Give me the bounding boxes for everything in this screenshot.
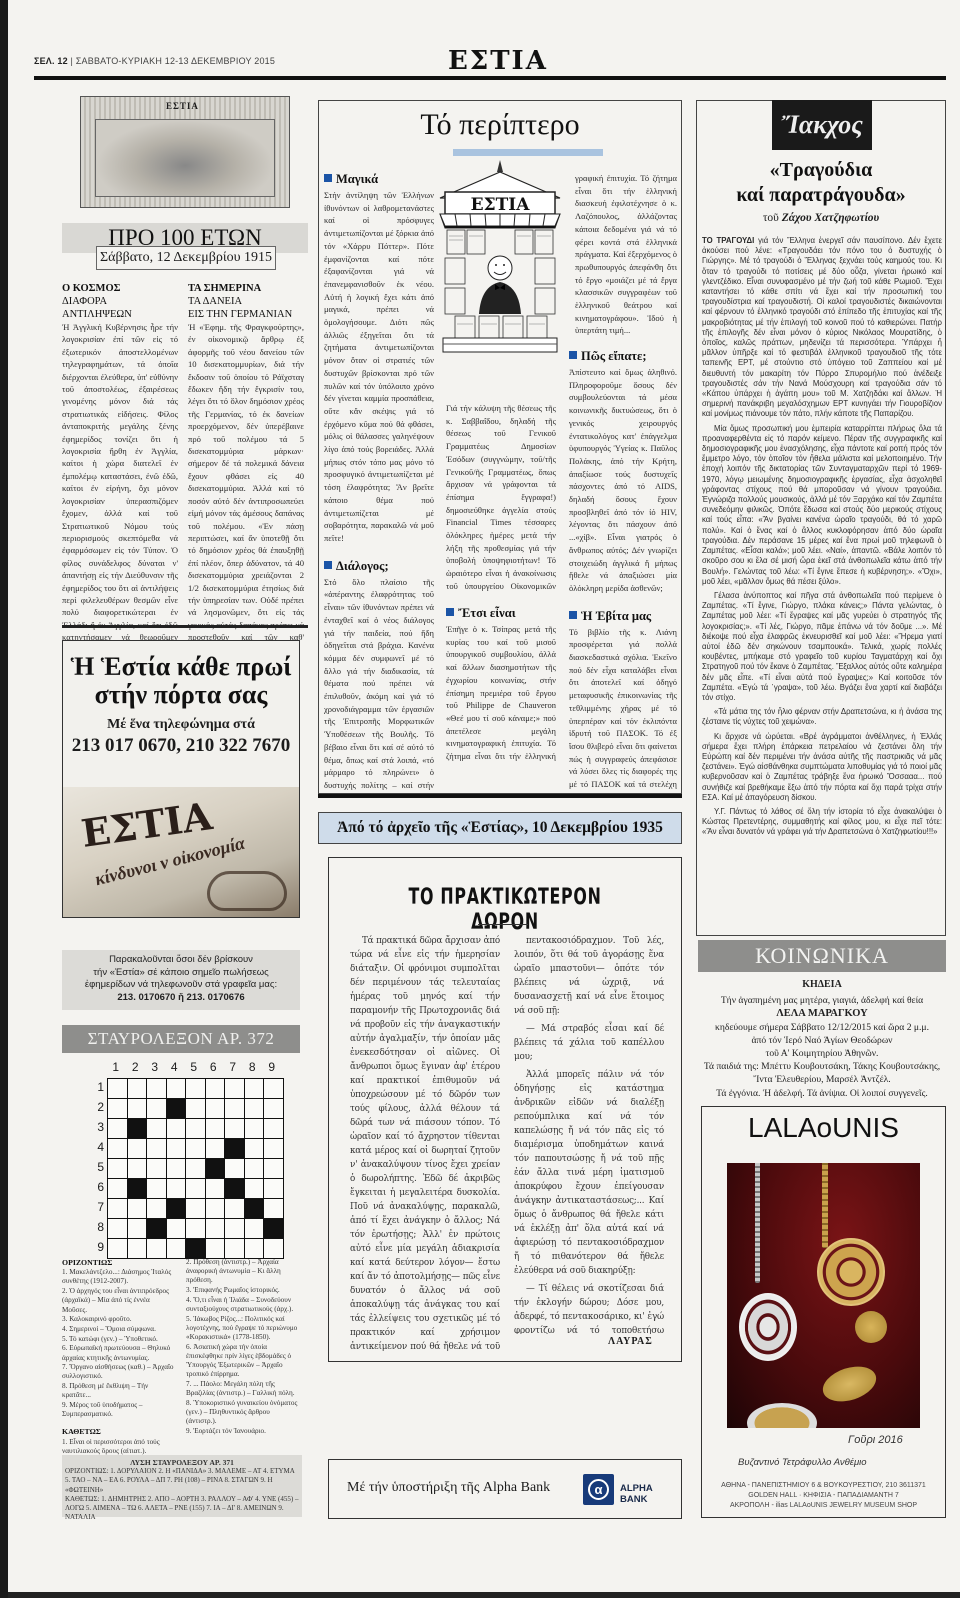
row-number: 9 bbox=[92, 1240, 104, 1254]
article-kicker: ΤΑ ΣΗΜΕΡΙΝΑ bbox=[188, 282, 304, 295]
crossword-cell[interactable] bbox=[206, 1239, 226, 1259]
jewelry-photo bbox=[727, 1163, 920, 1428]
archive-column-2: πεντακοσιόδραχμον. Τοῦ λές, λοιπόν, ὅτι … bbox=[514, 934, 664, 1334]
kiosk-illustration: ΕΣΤΙΑ bbox=[435, 158, 565, 358]
down-title: ΚΑΘΕΤΩΣ bbox=[62, 1427, 176, 1436]
archive-column-1: Τά πρακτικά δῶρα ἄρχισαν ἀπό τώρα νά εἶν… bbox=[350, 934, 500, 1354]
crossword-cell[interactable] bbox=[147, 1179, 167, 1199]
ad-headline: Ἡ Ἑστία κάθε πρωί στήν πόρτα σας bbox=[63, 653, 299, 709]
crossword-cell[interactable] bbox=[128, 1159, 148, 1179]
crossword-cell[interactable] bbox=[128, 1199, 148, 1219]
across-clue: 3. Καλοκαιρινό φροῦτο. bbox=[62, 1315, 176, 1324]
crossword-black-cell bbox=[225, 1139, 245, 1159]
crossword-cell[interactable] bbox=[167, 1119, 187, 1139]
across-clue: 9. Μέρος τοῦ ὑποδήματος – Συμπερασματικό… bbox=[62, 1401, 176, 1419]
engraving-label: ΕΣΤΙΑ bbox=[166, 101, 199, 111]
section-dialogos: Διάλογος; Στό ὅλο πλαίσιο τῆς «ἀπέραντης… bbox=[324, 559, 434, 790]
crossword-cell[interactable] bbox=[167, 1079, 187, 1099]
sponsor-text: Μέ τήν ὑποστήριξη τῆς Alpha Bank bbox=[347, 1480, 550, 1496]
crossword-cell[interactable] bbox=[108, 1119, 128, 1139]
address-line: ΑΚΡΟΠΟΛΗ - ilias LALAoUNIS JEWELRY MUSEU… bbox=[701, 1501, 946, 1511]
paragraph: Κι ἄρχισε νά ὠρύεται. «Βρέ ἀγράμματοι ἀν… bbox=[702, 732, 942, 803]
crossword-cell[interactable] bbox=[108, 1199, 128, 1219]
section-pos-eipate: Πῶς εἴπατε; Ἀπίστευτο καί ὅμως ἀληθινό. … bbox=[569, 349, 677, 595]
crossword-black-cell bbox=[245, 1199, 265, 1219]
crossword-cell[interactable] bbox=[245, 1219, 265, 1239]
crossword-cell[interactable] bbox=[186, 1219, 206, 1239]
across-clue: 8. Πρόθεση μέ ἔκθλιψη – Τήν κρατᾶτε... bbox=[62, 1382, 176, 1400]
crossword-cell[interactable] bbox=[245, 1239, 265, 1259]
clues-across: ΟΡΙΖΟΝΤΙΩΣ 1. Μακελάντζελο...: Διάσημος … bbox=[62, 1258, 176, 1457]
sponsor-brand: ALPHA BANK bbox=[620, 1483, 681, 1505]
article-headline: ΤΑ ΔΑΝΕΙΑ bbox=[188, 295, 304, 308]
archive-paragraph: Τά πρακτικά δῶρα ἄρχισαν ἀπό τώρα νά εἶν… bbox=[350, 934, 500, 1354]
section-body: Στό ὅλο πλαίσιο τῆς «ἀπέραντης ἐλαφρότητ… bbox=[324, 576, 434, 790]
across-clue: 4. Σημερινοί – Ὅμοια σύμφωνα. bbox=[62, 1325, 176, 1334]
crossword-cell[interactable] bbox=[186, 1099, 206, 1119]
notice-line: κηδεύουμε σήμερα Σάββατο 12/12/2015 καί … bbox=[698, 1021, 946, 1034]
notice-line: ἀπό τόν Ἱερό Ναό Ἁγίων Θεοδώρων bbox=[698, 1034, 946, 1047]
header-rule bbox=[34, 76, 946, 80]
crossword-cell[interactable] bbox=[206, 1119, 226, 1139]
column-number: 9 bbox=[262, 1060, 282, 1074]
crossword-cell[interactable] bbox=[186, 1119, 206, 1139]
crossword-cell[interactable] bbox=[245, 1179, 265, 1199]
crossword-cell[interactable] bbox=[167, 1179, 187, 1199]
down-clue: 6. Ἀσιατική χώρα τήν ὁποία ἐπισκέφθηκε π… bbox=[186, 1343, 300, 1380]
crossword-cell[interactable] bbox=[108, 1179, 128, 1199]
engraving-illustration: ΕΣΤΙΑ bbox=[80, 96, 290, 208]
article-headline-2: ΕΙΣ ΤΗΝ ΓΕΡΜΑΝΙΑΝ bbox=[188, 308, 304, 321]
crossword-cell[interactable] bbox=[225, 1099, 245, 1119]
row-number: 6 bbox=[92, 1180, 104, 1194]
crossword-cell[interactable] bbox=[206, 1139, 226, 1159]
solution-across: ΟΡΙΖΟΝΤΙΩΣ: 1. ΔΟΡΥΛΑΙΟΝ 2. Η «ΠΑΝΙΔΑ» 3… bbox=[65, 1467, 299, 1495]
row-number: 5 bbox=[92, 1160, 104, 1174]
down-clue: 1. Εἶναι οἱ περισσότεροι ἀπό τούς ναυτιλ… bbox=[62, 1438, 176, 1456]
crossword-grid[interactable] bbox=[107, 1078, 284, 1259]
page-header-info: ΣΕΛ. 12 | ΣΑΒΒΑΤΟ-ΚΥΡΙΑΚΗ 12-13 ΔΕΚΕΜΒΡΙ… bbox=[34, 56, 275, 66]
section-heading: Διάλογος; bbox=[336, 559, 389, 573]
column-number: 4 bbox=[165, 1060, 185, 1074]
crossword-cell[interactable] bbox=[264, 1199, 284, 1219]
notice-line: τοῦ Α' Κοιμητηρίου Ἀθηνῶν. bbox=[698, 1047, 946, 1060]
clues-down: 2. Πρόθεση (ἀντιστρ.) – Ἀρχαία ἀναφορική… bbox=[186, 1258, 300, 1437]
column-name: Ἴακχος bbox=[772, 100, 872, 150]
section-heading: Μαγικά bbox=[336, 172, 378, 186]
column-number: 1 bbox=[106, 1060, 126, 1074]
across-title: ΟΡΙΖΟΝΤΙΩΣ bbox=[62, 1258, 176, 1267]
social-section-title: ΚΟΙΝΩΝΙΚΑ bbox=[698, 940, 946, 972]
column-number: 3 bbox=[145, 1060, 165, 1074]
crossword-title: ΣΤΑΥΡΟΛΕΞΟΝ ΑΡ. 372 bbox=[62, 1025, 300, 1053]
section-rule bbox=[318, 794, 682, 798]
section-body-continued: Γιά τήν κάλυψη τῆς θέσεως τῆς κ. Σαββαΐδ… bbox=[446, 402, 556, 592]
newspaper-photo: ΕΣΤΙΑ κίνδυνοι ν οἰκονομία bbox=[63, 787, 299, 917]
row-number: 8 bbox=[92, 1220, 104, 1234]
crossword-cell[interactable] bbox=[167, 1239, 187, 1259]
lead-in: ΤΟ ΤΡΑΓΟΥΔΙ bbox=[702, 236, 754, 245]
row-number: 3 bbox=[92, 1120, 104, 1134]
paragraph: ΤΟ ΤΡΑΓΟΥΔΙ γιά τόν Ἕλληνα ἐνεργεῖ σάν π… bbox=[702, 236, 942, 420]
ad-addresses: ΑΘΗΝΑ - ΠΑΝΕΠΙΣΤΗΜΙΟΥ 6 & ΒΟΥΚΟΥΡΕΣΤΙΟΥ,… bbox=[701, 1481, 946, 1511]
crossword-cell[interactable] bbox=[225, 1119, 245, 1139]
crossword-cell[interactable] bbox=[264, 1119, 284, 1139]
pro100-date: Σάββατο, 12 Δεκεμβρίου 1915 bbox=[96, 246, 276, 270]
alpha-bank-logo-icon: α bbox=[583, 1474, 614, 1505]
crossword-cell[interactable] bbox=[245, 1139, 265, 1159]
crossword-cell[interactable] bbox=[264, 1239, 284, 1259]
crossword-cell[interactable] bbox=[186, 1079, 206, 1099]
blue-square-bullet-icon bbox=[569, 611, 577, 619]
notice-heading: ΚΗΔΕΙΑ bbox=[698, 978, 946, 991]
ad-phone-numbers: 213 017 0670, 210 322 7670 bbox=[63, 735, 299, 757]
down-clue: 2. Πρόθεση (ἀντιστρ.) – Ἀρχαία ἀναφορική… bbox=[186, 1258, 300, 1286]
crossword-cell[interactable] bbox=[108, 1219, 128, 1239]
down-clue: 7. ... Πάολο: Μεγάλη πόλη τῆς Βραζιλίας … bbox=[186, 1380, 300, 1398]
archive-paragraph: Ἀλλά μπορεῖς πάλιν νά τόν ὁδηγήσῃς εἰς κ… bbox=[514, 1068, 664, 1278]
byline-prefix: τοῦ bbox=[763, 212, 779, 224]
crossword-cell[interactable] bbox=[264, 1079, 284, 1099]
crossword-cell[interactable] bbox=[225, 1199, 245, 1219]
notice-line: Τήν ἀγαπημένη μας μητέρα, γιαγιά, ἀδελφή… bbox=[698, 994, 946, 1007]
paragraph: Υ.Γ. Πάντως τό λάθος σέ ὅλη τήν ἱστορία … bbox=[702, 807, 942, 838]
crossword-cell[interactable] bbox=[264, 1179, 284, 1199]
column-number: 7 bbox=[223, 1060, 243, 1074]
notice-phones: 213. 0170670 ἤ 213. 0170676 bbox=[117, 992, 244, 1003]
section-heading: Ἔτσι εἶναι bbox=[458, 606, 516, 620]
section-heading: Ἡ Ἐβίτα μας bbox=[581, 609, 651, 623]
crossword-cell[interactable] bbox=[264, 1099, 284, 1119]
crossword-cell[interactable] bbox=[225, 1239, 245, 1259]
crossword-cell[interactable] bbox=[147, 1239, 167, 1259]
row-number: 7 bbox=[92, 1200, 104, 1214]
across-clue: 5. Τό κατώφι (γεν.) – Ὑποθετικό. bbox=[62, 1335, 176, 1344]
crossword-cell[interactable] bbox=[147, 1079, 167, 1099]
address-line: ΑΘΗΝΑ - ΠΑΝΕΠΙΣΤΗΜΙΟΥ 6 & ΒΟΥΚΟΥΡΕΣΤΙΟΥ,… bbox=[701, 1481, 946, 1491]
author-name: Ζάχου Χατζηφωτίου bbox=[782, 212, 879, 224]
blue-square-bullet-icon bbox=[569, 351, 577, 359]
crossword-black-cell bbox=[206, 1159, 226, 1179]
page-bottom-edge bbox=[8, 1592, 960, 1598]
issue-date: ΣΑΒΒΑΤΟ-ΚΥΡΙΑΚΗ 12-13 ΔΕΚΕΜΒΡΙΟΥ 2015 bbox=[76, 56, 275, 66]
section-body: Ἀπίστευτο καί ὅμως ἀληθινό. Πληροφοροῦμε… bbox=[569, 366, 677, 595]
deceased-name: ΛΕΛΑ ΜΑΡΑΓΚΟΥ bbox=[698, 1007, 946, 1020]
crossword-cell[interactable] bbox=[108, 1099, 128, 1119]
page-number: ΣΕΛ. 12 bbox=[34, 56, 68, 66]
crossword-cell[interactable] bbox=[167, 1139, 187, 1159]
article-title: «Τραγούδια καί παρατράγουδα» bbox=[696, 158, 946, 208]
article-kicker: Ο ΚΟΣΜΟΣ bbox=[62, 282, 178, 295]
archive-banner: Ἀπό τό ἀρχεῖο τῆς «Ἑστίας», 10 Δεκεμβρίο… bbox=[318, 812, 682, 844]
section-heading: Πῶς εἴπατε; bbox=[581, 349, 647, 363]
crossword-cell[interactable] bbox=[108, 1159, 128, 1179]
crossword-solution: ΛΥΣΗ ΣΤΑΥΡΟΛΕΞΟΥ ΑΡ. 371 ΟΡΙΖΟΝΤΙΩΣ: 1. … bbox=[62, 1455, 302, 1517]
crossword-cell[interactable] bbox=[147, 1099, 167, 1119]
row-number: 1 bbox=[92, 1080, 104, 1094]
section-magika: Μαγικά Στήν ἀντίληψη τῶν Ἑλλήνων ἰθυνόντ… bbox=[324, 172, 434, 545]
crossword-cell[interactable] bbox=[245, 1099, 265, 1119]
across-clue: 2. Ὁ ἀρχηγός του εἶναι ἀντιπρόεδρος (ἀρχ… bbox=[62, 1287, 176, 1315]
section-etsi-einai: Ἔτσι εἶναι Ἐπῆγε ὁ κ. Τσίπρας μετά τῆς κ… bbox=[446, 606, 556, 761]
across-clue: 7. Ὄργανο αἰσθήσεως (καθ.) – Ἀρχαῖο συλλ… bbox=[62, 1363, 176, 1381]
section-body: Ἐπῆγε ὁ κ. Τσίπρας μετά τῆς κυρίας του κ… bbox=[446, 623, 556, 761]
crossword-cell[interactable] bbox=[206, 1179, 226, 1199]
subscription-ad[interactable]: Ἡ Ἑστία κάθε πρωί στήν πόρτα σας Μέ ἕνα … bbox=[62, 640, 300, 918]
glasses-icon bbox=[207, 871, 287, 911]
crossword-black-cell bbox=[225, 1179, 245, 1199]
row-number: 2 bbox=[92, 1100, 104, 1114]
newspaper-page: ΣΕΛ. 12 | ΣΑΒΒΑΤΟ-ΚΥΡΙΑΚΗ 12-13 ΔΕΚΕΜΒΡΙ… bbox=[8, 0, 960, 1598]
section-body: Τό βιβλίο τῆς κ. Λιάνη προσφέρεται γιά π… bbox=[569, 626, 677, 790]
crossword-cell[interactable] bbox=[128, 1219, 148, 1239]
column-number: 8 bbox=[243, 1060, 263, 1074]
column-number: 6 bbox=[204, 1060, 224, 1074]
crossword-cell[interactable] bbox=[147, 1159, 167, 1179]
crossword-cell[interactable] bbox=[264, 1159, 284, 1179]
crossword-cell[interactable] bbox=[264, 1139, 284, 1159]
solution-down: ΚΑΘΕΤΩΣ: 1. ΔΗΜΗΤΡΗΣ 2. ΑΠΟ – ΑΟΡΤΗ 3. Ρ… bbox=[65, 1495, 299, 1523]
archive-author: ΛΑΥΡΑΣ bbox=[608, 1336, 653, 1347]
crossword-cell[interactable] bbox=[147, 1119, 167, 1139]
notice-line: τήν «Ἑστία» σέ κάποιο σημεῖο πωλήσεως bbox=[62, 967, 300, 980]
row-number: 4 bbox=[92, 1140, 104, 1154]
crossword-cell[interactable] bbox=[128, 1079, 148, 1099]
title-line: «Τραγούδια bbox=[696, 158, 946, 183]
crossword-cell[interactable] bbox=[186, 1139, 206, 1159]
ad-brand: LALAoUNIS bbox=[701, 1112, 946, 1144]
crossword-cell[interactable] bbox=[206, 1199, 226, 1219]
pro100-article-today: ΤΑ ΣΗΜΕΡΙΝΑ ΤΑ ΔΑΝΕΙΑ ΕΙΣ ΤΗΝ ΓΕΡΜΑΝΙΑΝ … bbox=[188, 282, 304, 656]
crossword-cell[interactable] bbox=[225, 1159, 245, 1179]
ad-subline: Μέ ἕνα τηλεφώνημα στά bbox=[63, 717, 299, 733]
paragraph: Μία ὅμως προσωπική μου ἐμπειρία καταρρίπ… bbox=[702, 424, 942, 587]
crossword-cell[interactable] bbox=[206, 1219, 226, 1239]
sponsor-box[interactable]: Μέ τήν ὑποστήριξη τῆς Alpha Bank α ALPHA… bbox=[328, 1459, 682, 1519]
title-line: καί παρατράγουδα» bbox=[696, 183, 946, 208]
section-rule bbox=[62, 625, 308, 628]
crossword-cell[interactable] bbox=[186, 1179, 206, 1199]
notice-line: Τά παιδιά της: Μπέττυ Κουβουτσάκη, Τάκης… bbox=[698, 1060, 946, 1086]
blue-square-bullet-icon bbox=[324, 561, 332, 569]
column-number: 5 bbox=[184, 1060, 204, 1074]
crossword-cell[interactable] bbox=[225, 1079, 245, 1099]
byline: τοῦ Ζάχου Χατζηφωτίου bbox=[696, 212, 946, 224]
crossword-black-cell bbox=[167, 1099, 187, 1119]
crossword-cell[interactable] bbox=[128, 1099, 148, 1119]
down-clue: 5. Ἰάκωβος Ρίζος...: Πολιτικός καί λογοτ… bbox=[186, 1315, 300, 1343]
crossword-cell[interactable] bbox=[245, 1159, 265, 1179]
archive-paragraph: — Τί θέλεις νά σκοτίζεσαι διά τήν ἐκλογή… bbox=[514, 1282, 664, 1334]
paragraph: «Τά μάτια της τόν ἥλιο φέρναν στήν Δραπε… bbox=[702, 707, 942, 727]
kiosk-sign: ΕΣΤΙΑ bbox=[471, 195, 531, 215]
archive-article-title: ΤΟ ΠΡΑΚΤΙΚΩΤΕΡΟΝ ΔΩΡΟΝ bbox=[378, 885, 633, 935]
archive-paragraph: πεντακοσιόδραχμον. Τοῦ λές, λοιπόν, ὅτι … bbox=[514, 934, 664, 1018]
across-clue: 6. Εὐρωπαϊκή πρωτεύουσα – Θηλυκό ἀρχαίας… bbox=[62, 1344, 176, 1362]
paragraph: Γέλασα ἀνύποπτος καί πῆγα στά ἀνθοπωλεῖα… bbox=[702, 591, 942, 703]
article-body: ΤΟ ΤΡΑΓΟΥΔΙ γιά τόν Ἕλληνα ἐνεργεῖ σάν π… bbox=[702, 236, 942, 928]
crossword-cell[interactable] bbox=[147, 1139, 167, 1159]
crossword-cell[interactable] bbox=[147, 1199, 167, 1219]
blue-square-bullet-icon bbox=[446, 608, 454, 616]
masthead: ΕΣΤΙΑ bbox=[448, 46, 548, 76]
crossword-black-cell bbox=[128, 1179, 148, 1199]
title-underline bbox=[453, 149, 603, 156]
address-line: GOLDEN HALL · ΚΗΦΙΣΙΑ - ΠΑΠΑΔΙΑΜΑΝΤΗ 7 bbox=[701, 1491, 946, 1501]
crossword-cell[interactable] bbox=[167, 1219, 187, 1239]
notice-line: ἐφημερίδων νά τηλεφωνοῦν στά γραφεῖα μας… bbox=[62, 979, 300, 992]
down-clue: 3. Ἐπιφανής Ρωμαῖος ἱστορικός. bbox=[186, 1286, 300, 1295]
ad-caption-year: Γοῦρι 2016 bbox=[848, 1434, 903, 1446]
solution-title: ΛΥΣΗ ΣΤΑΥΡΟΛΕΞΟΥ ΑΡ. 371 bbox=[65, 1458, 299, 1467]
notice-line: Παρακαλοῦνται ὅσοι δέν βρίσκουν bbox=[62, 954, 300, 967]
section-evita: Ἡ Ἐβίτα μας Τό βιβλίο τῆς κ. Λιάνη προσφ… bbox=[569, 609, 677, 790]
kiosk-column-2: Γιά τήν κάλυψη τῆς θέσεως τῆς κ. Σαββαΐδ… bbox=[446, 402, 556, 761]
crossword-cell[interactable] bbox=[108, 1139, 128, 1159]
down-clue: 9. Ἑορτάζει τόν Ἰανουάριο. bbox=[186, 1427, 300, 1436]
crossword-cell[interactable] bbox=[186, 1159, 206, 1179]
kiosk-section-title: Τό περίπτερο bbox=[318, 108, 682, 142]
archive-paragraph: — Μά στραβός εἶσαι καί δέ βλέπεις τά χάλ… bbox=[514, 1022, 664, 1064]
crossword-cell[interactable] bbox=[186, 1199, 206, 1219]
crossword-cell[interactable] bbox=[225, 1219, 245, 1239]
article-body: Ἡ «Ἐφημ. τῆς Φραγκφούρτης», ἐν οἰκονομικ… bbox=[188, 321, 304, 656]
pro100-article-world: Ο ΚΟΣΜΟΣ ΔΙΑΦΟΡΑ ΑΝΤΙΛΗΨΕΩΝ Ἡ Ἀγγλική Κυ… bbox=[62, 282, 178, 681]
crossword-black-cell bbox=[186, 1239, 206, 1259]
crossword-cell[interactable] bbox=[108, 1079, 128, 1099]
across-clue: 1. Μακελάντζελο...: Διάσημος Ἰταλός συνθ… bbox=[62, 1268, 176, 1286]
down-clue: 4. Ὅ,τι εἶναι ἡ Ἰλιάδα – Συνοδεύουν συντ… bbox=[186, 1296, 300, 1314]
title-separator bbox=[478, 924, 528, 925]
notice-line: Τά ἐγγόνια. Ἡ ἀδελφή. Τά ἀνίψια. Οἱ λοιπ… bbox=[698, 1087, 946, 1100]
section-body: Στήν ἀντίληψη τῶν Ἑλλήνων ἰθυνόντων οἱ λ… bbox=[324, 189, 434, 545]
section-body-continued: γραφική ἐπιτυχία. Τό ζήτημα εἶναι ὅτι τή… bbox=[569, 172, 677, 337]
crossword-cell[interactable] bbox=[206, 1079, 226, 1099]
crossword-cell[interactable] bbox=[167, 1159, 187, 1179]
blue-square-bullet-icon bbox=[324, 174, 332, 182]
crossword-cell[interactable] bbox=[108, 1239, 128, 1259]
distribution-notice: Παρακαλοῦνται ὅσοι δέν βρίσκουν τήν «Ἑστ… bbox=[62, 950, 300, 1010]
crossword-black-cell bbox=[264, 1219, 284, 1239]
funeral-notice: ΚΗΔΕΙΑ Τήν ἀγαπημένη μας μητέρα, γιαγιά,… bbox=[698, 978, 946, 1100]
kiosk-column-1: Μαγικά Στήν ἀντίληψη τῶν Ἑλλήνων ἰθυνόντ… bbox=[324, 172, 434, 790]
kiosk-column-3: γραφική ἐπιτυχία. Τό ζήτημα εἶναι ὅτι τή… bbox=[569, 172, 677, 790]
crossword-cell[interactable] bbox=[245, 1079, 265, 1099]
crossword-black-cell bbox=[167, 1199, 187, 1219]
crossword-cell[interactable] bbox=[206, 1099, 226, 1119]
crossword-cell[interactable] bbox=[128, 1239, 148, 1259]
crossword-black-cell bbox=[147, 1219, 167, 1239]
column-number: 2 bbox=[126, 1060, 146, 1074]
crossword-cell[interactable] bbox=[245, 1119, 265, 1139]
article-headline: ΔΙΑΦΟΡΑ ΑΝΤΙΛΗΨΕΩΝ bbox=[62, 295, 178, 321]
down-clue: 8. Ὑποκοριστικό γυναικείου ὀνόματος (γεν… bbox=[186, 1399, 300, 1427]
crossword-cell[interactable] bbox=[128, 1139, 148, 1159]
crossword-black-cell bbox=[128, 1119, 148, 1139]
ad-caption-product: Βυζαντινό Τετράφυλλο Ανθέμιο bbox=[738, 1457, 867, 1468]
